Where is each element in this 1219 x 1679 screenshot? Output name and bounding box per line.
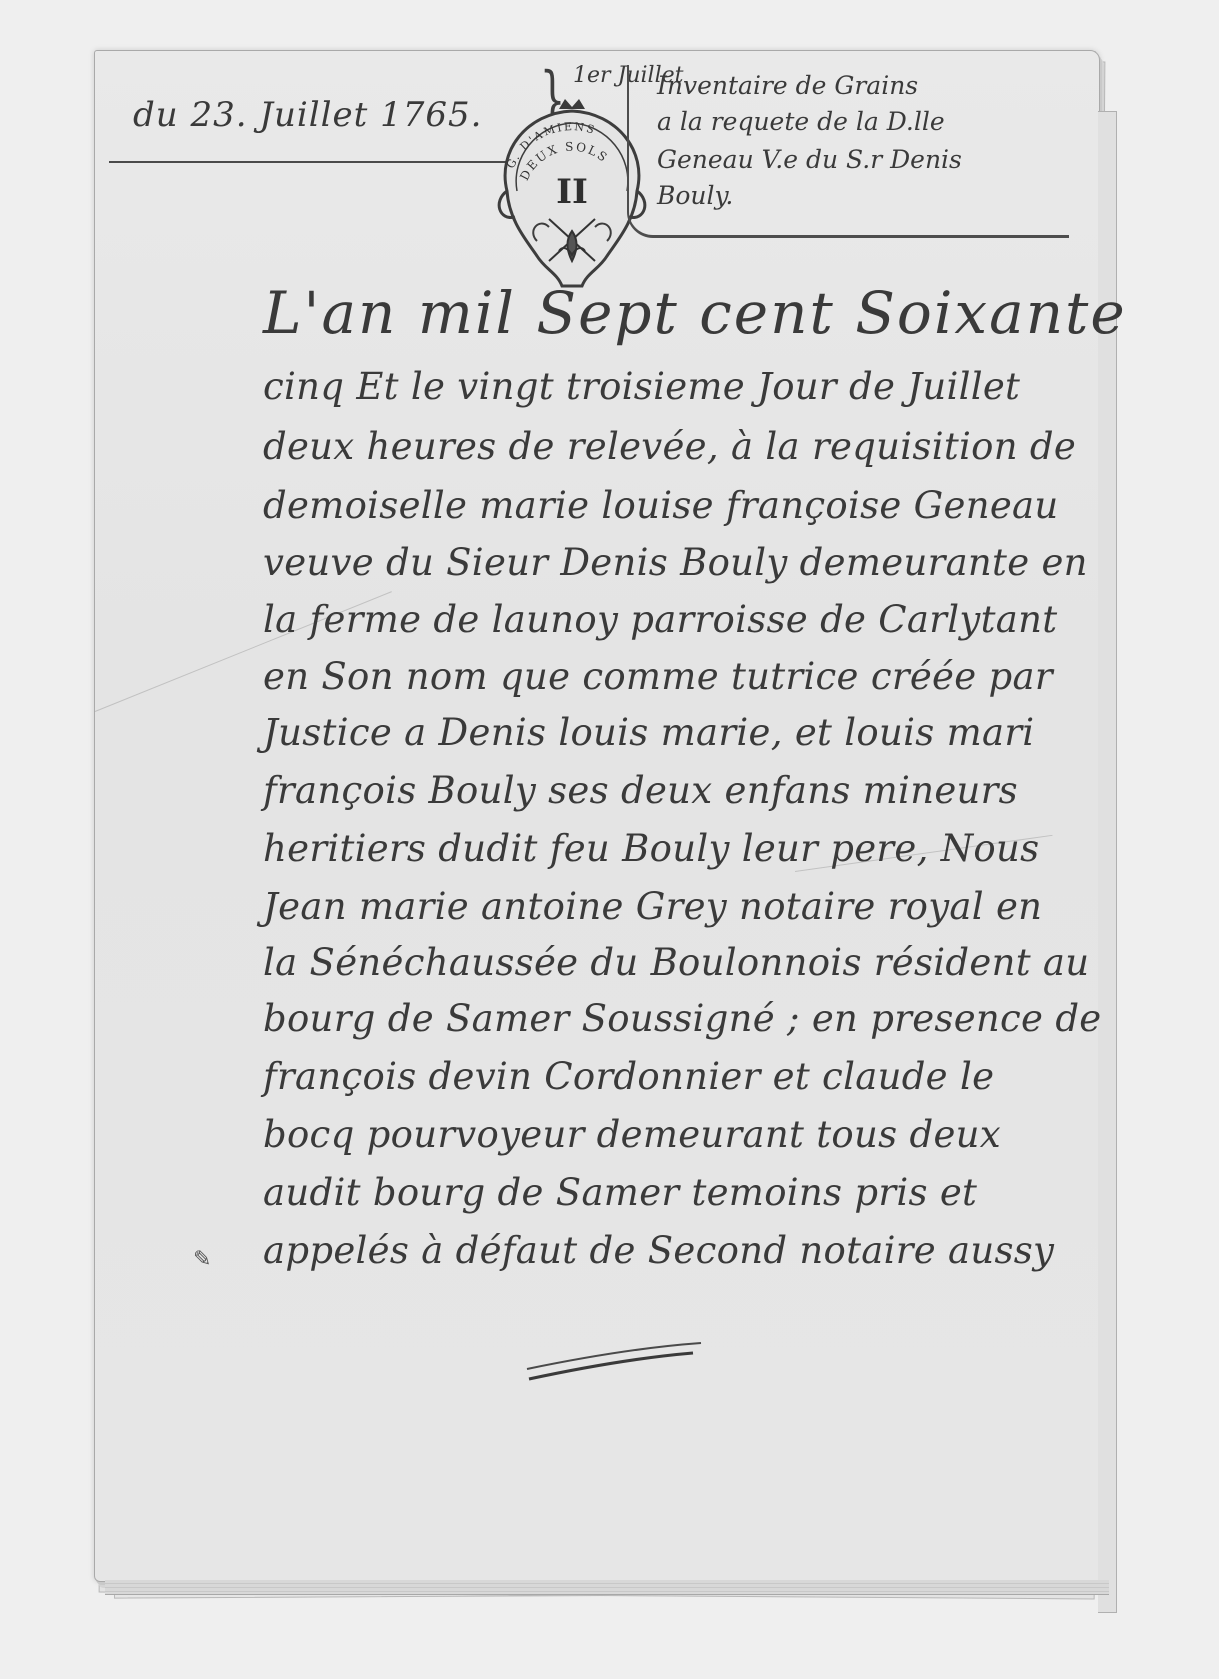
document-date: du 23. Juillet 1765. (133, 95, 482, 135)
body-line: Jean marie antoine Grey notaire royal en (263, 885, 1042, 928)
body-line: veuve du Sieur Denis Bouly demeurante en (263, 541, 1088, 584)
margin-note-line: Bouly. (657, 181, 733, 210)
margin-ink-mark: ✎ (193, 1247, 211, 1272)
date-box: du 23. Juillet 1765. (109, 69, 527, 163)
body-line: la ferme de launoy parroisse de Carlytan… (263, 598, 1057, 641)
body-line: audit bourg de Samer temoins pris et (263, 1171, 977, 1214)
closing-flourish-icon (525, 1341, 705, 1381)
body-line: L'an mil Sept cent Soixante (263, 279, 1127, 347)
margin-note-line: Geneau V.e du S.r Denis (657, 145, 962, 174)
body-line: en Son nom que comme tutrice créée par (263, 655, 1053, 698)
body-line: deux heures de relevée, à la requisition… (263, 425, 1076, 468)
body-line: françois Bouly ses deux enfans mineurs (263, 769, 1018, 812)
body-line: Justice a Denis louis marie, et louis ma… (263, 711, 1034, 754)
body-line: bourg de Samer Soussigné ; en presence d… (263, 997, 1102, 1040)
body-line: demoiselle marie louise françoise Geneau (263, 484, 1059, 527)
stamp-numeral: II (556, 172, 588, 212)
margin-note-line: a la requete de la D.lle (657, 107, 945, 136)
manuscript-page: du 23. Juillet 1765. } 1er Juillet G. D'… (94, 50, 1100, 1582)
body-line: appelés à défaut de Second notaire aussy (263, 1229, 1054, 1272)
margin-note-line: Inventaire de Grains (657, 71, 918, 100)
body-line: bocq pourvoyeur demeurant tous deux (263, 1113, 1001, 1156)
page-stack-edge (105, 1580, 1109, 1595)
body-line: cinq Et le vingt troisieme Jour de Juill… (263, 365, 1020, 408)
margin-note-box: Inventaire de Grains a la requete de la … (627, 65, 1069, 238)
body-line: heritiers dudit feu Bouly leur pere, Nou… (263, 827, 1039, 870)
body-line: la Sénéchaussée du Boulonnois résident a… (263, 941, 1089, 984)
body-line: françois devin Cordonnier et claude le (263, 1055, 994, 1098)
